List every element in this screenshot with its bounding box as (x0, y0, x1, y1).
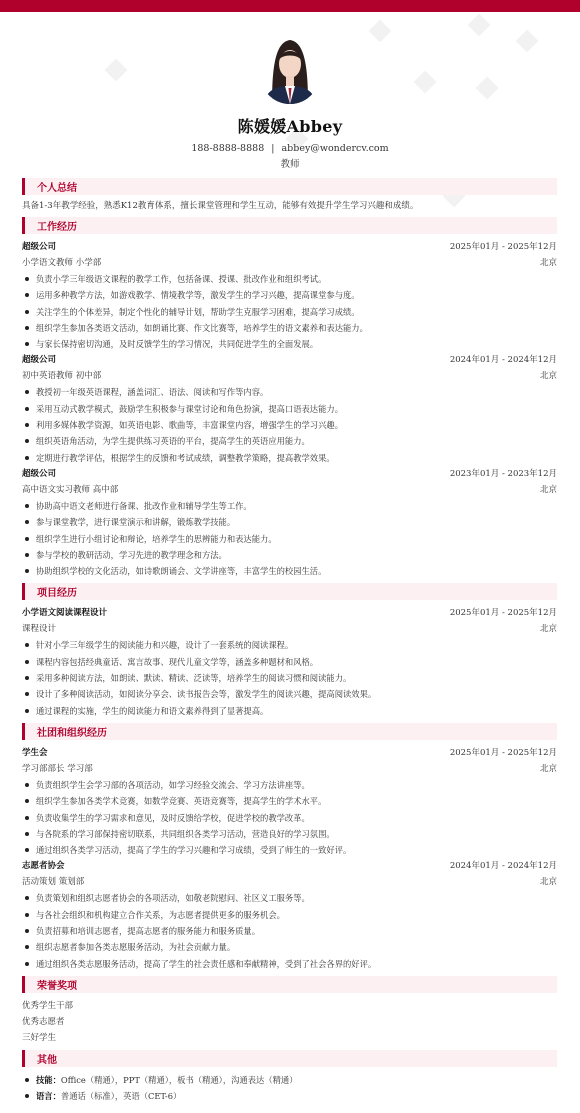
list-item: 设计了多种阅读活动，如阅读分享会、读书报告会等，激发学生的阅读兴趣，提高阅读效果… (22, 686, 557, 702)
list-item: 关注学生的个体差异，制定个性化的辅导计划，帮助学生克服学习困难，提高学习成绩。 (22, 304, 557, 320)
location: 北京 (540, 482, 557, 498)
list-item: 组织学生参加各类语文活动，如朗诵比赛、作文比赛等，培养学生的语文素养和表达能力。 (22, 320, 557, 336)
club-role: 学习部部长 学习部 (22, 761, 93, 777)
company-name: 超级公司 (22, 352, 56, 368)
section-title: 个人总结 (37, 179, 77, 194)
award-item: 三好学生 (22, 1030, 557, 1046)
company-name: 超级公司 (22, 239, 56, 255)
section-title: 社团和组织经历 (37, 724, 107, 739)
company-name: 超级公司 (22, 466, 56, 482)
section-header-work: 工作经历 (22, 217, 557, 234)
bullet-list: 教授初一年级英语课程，涵盖词汇、语法、阅读和写作等内容。 采用互动式教学模式，鼓… (22, 384, 557, 465)
list-item: 运用多种教学方法，如游戏教学、情境教学等，激发学生的学习兴趣，提高课堂参与度。 (22, 287, 557, 303)
bullet-list: 针对小学三年级学生的阅读能力和兴趣，设计了一套系统的阅读课程。 课程内容包括经典… (22, 637, 557, 718)
avatar (258, 34, 322, 104)
date-range: 2023年01月 - 2023年12月 (450, 466, 557, 482)
list-item: 采用多种阅读方法，如朗读、默读、精读、泛读等，培养学生的阅读习惯和阅读能力。 (22, 670, 557, 686)
list-item: 通过组织各类志愿服务活动，提高了学生的社会责任感和奉献精神，受到了社会各界的好评… (22, 956, 557, 972)
email-address: abbey@wondercv.com (282, 143, 389, 154)
club-role: 活动策划 策划部 (22, 874, 84, 890)
other-list: 技能：Office（精通），PPT（精通），板书（精通），沟通表达（精通） 语言… (22, 1072, 557, 1105)
list-item: 组织志愿者参加各类志愿服务活动，为社会贡献力量。 (22, 939, 557, 955)
award-item: 优秀学生干部 (22, 998, 557, 1014)
top-accent-bar (0, 0, 580, 12)
resume-header: 陈媛媛Abbey 188-8888-8888 | abbey@wondercv.… (0, 34, 580, 170)
profile-photo-icon (258, 34, 322, 104)
section-title: 其他 (37, 1051, 57, 1066)
location: 北京 (540, 874, 557, 890)
work-entry: 超级公司 2025年01月 - 2025年12月 小学语文教师 小学部 北京 负… (22, 239, 557, 352)
contact-separator: | (271, 143, 274, 154)
bullet-list: 负责策划和组织志愿者协会的各项活动，如敬老院慰问、社区义工服务等。 与各社会组织… (22, 890, 557, 971)
position: 小学语文教师 小学部 (22, 255, 101, 271)
position: 初中英语教师 初中部 (22, 368, 101, 384)
list-item: 负责小学三年级语文课程的教学工作，包括备课、授课、批改作业和组织考试。 (22, 271, 557, 287)
project-name: 小学语文阅读课程设计 (22, 605, 107, 621)
list-item: 组织英语角活动，为学生提供练习英语的平台，提高学生的英语应用能力。 (22, 433, 557, 449)
bullet-list: 负责小学三年级语文课程的教学工作，包括备课、授课、批改作业和组织考试。 运用多种… (22, 271, 557, 352)
summary-text: 具备1-3年教学经验，熟悉K12教育体系，擅长课堂管理和学生互动，能够有效提升学… (22, 200, 557, 212)
list-item: 组织学生参加各类学术竞赛，如数学竞赛、英语竞赛等，提高学生的学术水平。 (22, 793, 557, 809)
list-item: 课程内容包括经典童话、寓言故事、现代儿童文学等，涵盖多种题材和风格。 (22, 654, 557, 670)
date-range: 2025年01月 - 2025年12月 (450, 605, 557, 621)
language-value: 普通话（标准），英语（CET-6） (61, 1091, 181, 1101)
skills-item: 技能：Office（精通），PPT（精通），板书（精通），沟通表达（精通） (22, 1072, 557, 1088)
work-entry: 超级公司 2024年01月 - 2024年12月 初中英语教师 初中部 北京 教… (22, 352, 557, 465)
list-item: 与各社会组织和机构建立合作关系，为志愿者提供更多的服务机会。 (22, 907, 557, 923)
date-range: 2024年01月 - 2024年12月 (450, 352, 557, 368)
club-entry: 志愿者协会 2024年01月 - 2024年12月 活动策划 策划部 北京 负责… (22, 858, 557, 971)
awards-list: 优秀学生干部 优秀志愿者 三好学生 (22, 998, 557, 1046)
organization-name: 志愿者协会 (22, 858, 65, 874)
project-role: 课程设计 (22, 621, 56, 637)
list-item: 与家长保持密切沟通，及时反馈学生的学习情况，共同促进学生的全面发展。 (22, 336, 557, 352)
position: 高中语文实习教师 高中部 (22, 482, 118, 498)
list-item: 负责策划和组织志愿者协会的各项活动，如敬老院慰问、社区义工服务等。 (22, 890, 557, 906)
list-item: 教授初一年级英语课程，涵盖词汇、语法、阅读和写作等内容。 (22, 384, 557, 400)
list-item: 负责组织学生会学习部的各项活动，如学习经验交流会、学习方法讲座等。 (22, 777, 557, 793)
list-item: 负责招募和培训志愿者，提高志愿者的服务能力和服务质量。 (22, 923, 557, 939)
bullet-list: 协助高中语文老师进行备课、批改作业和辅导学生等工作。 参与课堂教学，进行课堂演示… (22, 498, 557, 579)
list-item: 参与课堂教学，进行课堂演示和讲解，锻炼教学技能。 (22, 514, 557, 530)
list-item: 参与学校的教研活动，学习先进的教学理念和方法。 (22, 547, 557, 563)
section-header-clubs: 社团和组织经历 (22, 723, 557, 740)
list-item: 负责收集学生的学习需求和意见，及时反馈给学校，促进学校的教学改革。 (22, 810, 557, 826)
location: 北京 (540, 368, 557, 384)
skills-label: 技能： (36, 1075, 61, 1085)
project-entry: 小学语文阅读课程设计 2025年01月 - 2025年12月 课程设计 北京 针… (22, 605, 557, 718)
contact-line: 188-8888-8888 | abbey@wondercv.com (0, 143, 580, 154)
list-item: 利用多媒体教学资源，如英语电影、歌曲等，丰富课堂内容，增强学生的学习兴趣。 (22, 417, 557, 433)
list-item: 组织学生进行小组讨论和辩论，培养学生的思辨能力和表达能力。 (22, 531, 557, 547)
work-entry: 超级公司 2023年01月 - 2023年12月 高中语文实习教师 高中部 北京… (22, 466, 557, 579)
list-item: 与各院系的学习部保持密切联系，共同组织各类学习活动，营造良好的学习氛围。 (22, 826, 557, 842)
list-item: 协助高中语文老师进行备课、批改作业和辅导学生等工作。 (22, 498, 557, 514)
section-title: 荣誉奖项 (37, 977, 77, 992)
skills-value: Office（精通），PPT（精通），板书（精通），沟通表达（精通） (61, 1075, 298, 1085)
language-label: 语言： (36, 1091, 61, 1101)
section-title: 项目经历 (37, 584, 77, 599)
decorative-diamond (468, 14, 491, 37)
list-item: 定期进行教学评估，根据学生的反馈和考试成绩，调整教学策略，提高教学效果。 (22, 450, 557, 466)
section-title: 工作经历 (37, 218, 77, 233)
date-range: 2025年01月 - 2025年12月 (450, 239, 557, 255)
date-range: 2024年01月 - 2024年12月 (450, 858, 557, 874)
list-item: 采用互动式教学模式，鼓励学生积极参与课堂讨论和角色扮演，提高口语表达能力。 (22, 401, 557, 417)
award-item: 优秀志愿者 (22, 1014, 557, 1030)
job-title: 教师 (0, 156, 580, 170)
candidate-name: 陈媛媛Abbey (0, 114, 580, 137)
bullet-list: 负责组织学生会学习部的各项活动，如学习经验交流会、学习方法讲座等。 组织学生参加… (22, 777, 557, 858)
location: 北京 (540, 255, 557, 271)
location: 北京 (540, 761, 557, 777)
resume-body: 个人总结 具备1-3年教学经验，熟悉K12教育体系，擅长课堂管理和学生互动，能够… (22, 178, 557, 1105)
language-item: 语言：普通话（标准），英语（CET-6） (22, 1088, 557, 1104)
section-header-projects: 项目经历 (22, 583, 557, 600)
phone-number: 188-8888-8888 (191, 143, 264, 154)
list-item: 通过课程的实施，学生的阅读能力和语文素养得到了显著提高。 (22, 703, 557, 719)
club-entry: 学生会 2025年01月 - 2025年12月 学习部部长 学习部 北京 负责组… (22, 745, 557, 858)
date-range: 2025年01月 - 2025年12月 (450, 745, 557, 761)
organization-name: 学生会 (22, 745, 48, 761)
list-item: 协助组织学校的文化活动，如诗歌朗诵会、文学讲座等，丰富学生的校园生活。 (22, 563, 557, 579)
list-item: 通过组织各类学习活动，提高了学生的学习兴趣和学习成绩，受到了师生的一致好评。 (22, 842, 557, 858)
section-header-other: 其他 (22, 1050, 557, 1067)
location: 北京 (540, 621, 557, 637)
section-header-awards: 荣誉奖项 (22, 976, 557, 993)
section-header-summary: 个人总结 (22, 178, 557, 195)
list-item: 针对小学三年级学生的阅读能力和兴趣，设计了一套系统的阅读课程。 (22, 637, 557, 653)
